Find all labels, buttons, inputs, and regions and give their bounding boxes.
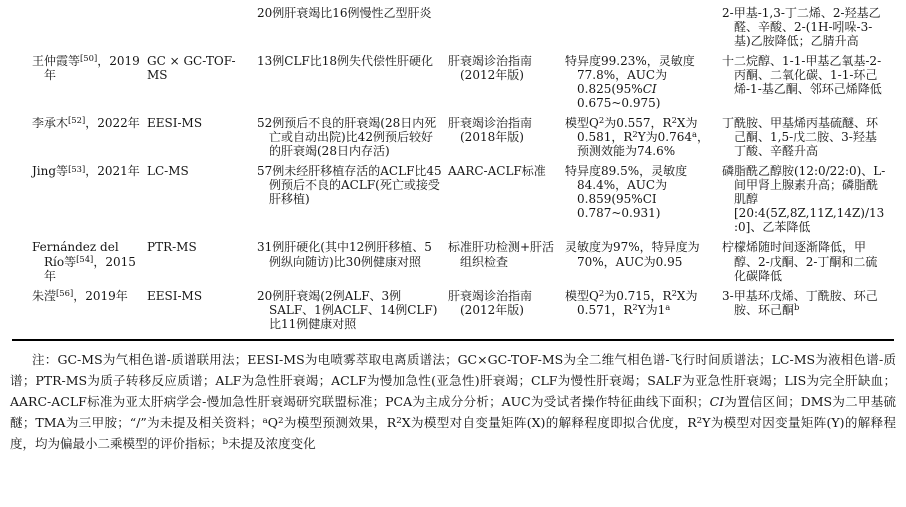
- cell-marker-changes: 丁酰胺、甲基烯丙基硫醚、环己酮、1,5-戊二胺、3-羟基丁酸、辛醛升高: [722, 116, 892, 164]
- cell-performance: 特异度99.23%，灵敏度77.8%，AUC为0.825(95%CI 0.675…: [565, 54, 722, 116]
- table-row-lichengmu: 李承木[52]，2022年 EESI-MS 52例预后不良的肝衰竭(28日内死亡…: [14, 116, 892, 164]
- cell-method: [147, 6, 257, 54]
- table-row-continued: 20例肝衰竭比16例慢性乙型肝炎 2-甲基-1,3-丁二烯、2-羟基乙醛、辛酸、…: [14, 6, 892, 54]
- cell-marker-changes: 2-甲基-1,3-丁二烯、2-羟基乙醛、辛酸、2-(1H-吲哚-3-基)乙胺降低…: [722, 6, 892, 54]
- results-table: 20例肝衰竭比16例慢性乙型肝炎 2-甲基-1,3-丁二烯、2-羟基乙醛、辛酸、…: [14, 6, 892, 337]
- cell-diagnostic-standard: 肝衰竭诊治指南(2012年版): [448, 54, 565, 116]
- cell-author-year: 朱滢[56]，2019年: [14, 289, 147, 337]
- cell-author-year: Jing等[53]，2021年: [14, 164, 147, 240]
- cell-method: EESI-MS: [147, 289, 257, 337]
- paper-table-page: 20例肝衰竭比16例慢性乙型肝炎 2-甲基-1,3-丁二烯、2-羟基乙醛、辛酸、…: [0, 0, 906, 454]
- cell-diagnostic-standard: 肝衰竭诊治指南(2018年版): [448, 116, 565, 164]
- cell-performance: 模型Q2为0.557，R2X为0.581，R2Y为0.764a，预测效能为74.…: [565, 116, 722, 164]
- cell-diagnostic-standard: [448, 6, 565, 54]
- cell-marker-changes: 十二烷醇、1-1-甲基乙氧基-2-丙酮、二氧化碳、1-1-环己烯-1-基乙酮、邻…: [722, 54, 892, 116]
- cell-study-design: 13例CLF比18例失代偿性肝硬化: [257, 54, 448, 116]
- cell-diagnostic-standard: 肝衰竭诊治指南(2012年版): [448, 289, 565, 337]
- cell-method: PTR-MS: [147, 240, 257, 288]
- cell-author-year: 王仲霞等[50]，2019年: [14, 54, 147, 116]
- cell-marker-changes: 3-甲基环戊烯、丁酰胺、环己胺、环己酮b: [722, 289, 892, 337]
- cell-performance: 灵敏度为97%，特异度为70%，AUC为0.95: [565, 240, 722, 288]
- cell-author-year: [14, 6, 147, 54]
- cell-study-design: 20例肝衰竭比16例慢性乙型肝炎: [257, 6, 448, 54]
- table-row-jing: Jing等[53]，2021年 LC-MS 57例未经肝移植存活的ACLF比45…: [14, 164, 892, 240]
- table-row-fernandez-del-rio: Fernández del Río等[54]，2015年 PTR-MS 31例肝…: [14, 240, 892, 288]
- table-footnote: 注：GC-MS为气相色谱-质谱联用法；EESI-MS为电喷雾萃取电离质谱法；GC…: [10, 349, 896, 454]
- cell-method: EESI-MS: [147, 116, 257, 164]
- cell-study-design: 57例未经肝移植存活的ACLF比45例预后不良的ACLF(死亡或接受肝移植): [257, 164, 448, 240]
- cell-study-design: 52例预后不良的肝衰竭(28日内死亡或自动出院)比42例预后较好的肝衰竭(28日…: [257, 116, 448, 164]
- cell-study-design: 20例肝衰竭(2例ALF、3例SALF、1例ACLF、14例CLF)比11例健康…: [257, 289, 448, 337]
- cell-performance: [565, 6, 722, 54]
- table-bottom-rule: [12, 339, 894, 341]
- results-table-body: 20例肝衰竭比16例慢性乙型肝炎 2-甲基-1,3-丁二烯、2-羟基乙醛、辛酸、…: [14, 6, 892, 337]
- cell-performance: 特异度89.5%，灵敏度84.4%，AUC为0.859(95%CI 0.787~…: [565, 164, 722, 240]
- cell-author-year: 李承木[52]，2022年: [14, 116, 147, 164]
- cell-marker-changes: 柠檬烯随时间逐渐降低，甲醇、2-戊酮、2-丁酮和二硫化碳降低: [722, 240, 892, 288]
- cell-method: LC-MS: [147, 164, 257, 240]
- table-row-zhuying: 朱滢[56]，2019年 EESI-MS 20例肝衰竭(2例ALF、3例SALF…: [14, 289, 892, 337]
- cell-author-year: Fernández del Río等[54]，2015年: [14, 240, 147, 288]
- cell-marker-changes: 磷脂酰乙醇胺(12:0/22:0)、L-间甲肾上腺素升高；磷脂酰肌醇[20:4(…: [722, 164, 892, 240]
- cell-performance: 模型Q2为0.715，R2X为0.571，R2Y为1a: [565, 289, 722, 337]
- cell-study-design: 31例肝硬化(其中12例肝移植、5例纵向随访)比30例健康对照: [257, 240, 448, 288]
- cell-diagnostic-standard: 标准肝功检测+肝活组织检查: [448, 240, 565, 288]
- cell-diagnostic-standard: AARC-ACLF标准: [448, 164, 565, 240]
- table-row-wangzhongxia: 王仲霞等[50]，2019年 GC × GC-TOF-MS 13例CLF比18例…: [14, 54, 892, 116]
- cell-method: GC × GC-TOF-MS: [147, 54, 257, 116]
